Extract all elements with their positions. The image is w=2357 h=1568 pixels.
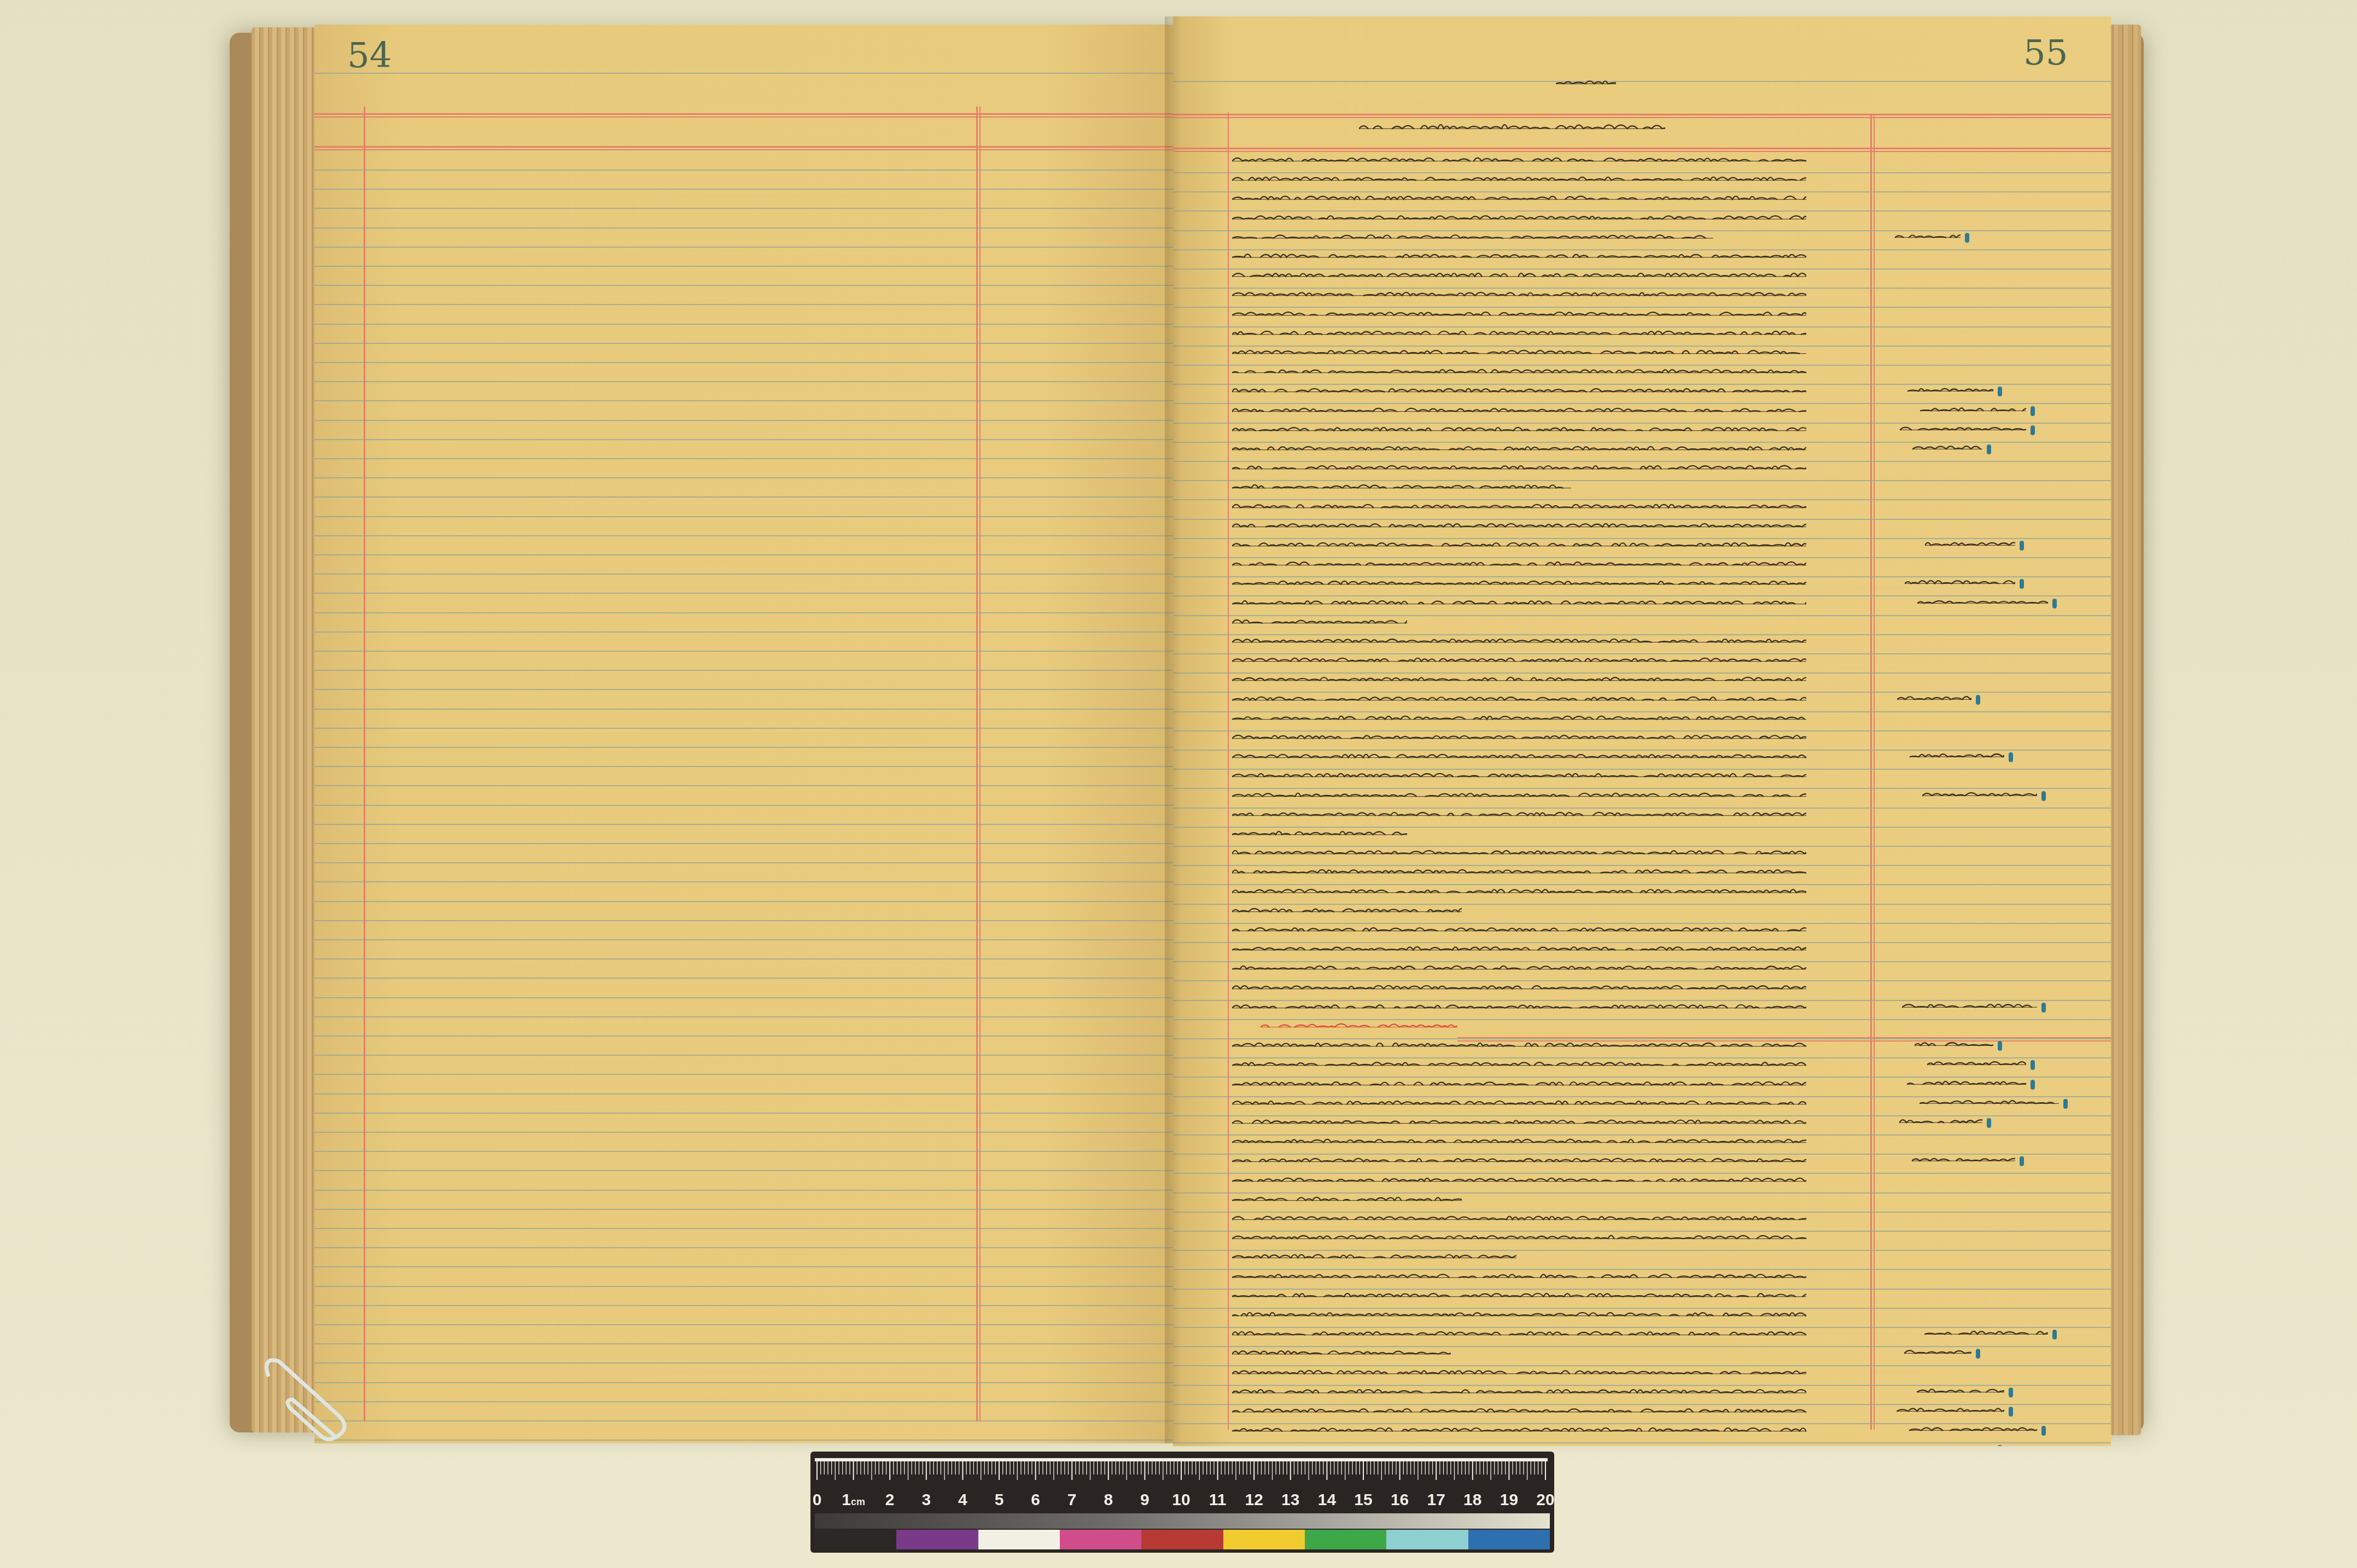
handwritten-line — [1232, 1076, 1806, 1096]
blue-mark-icon — [1976, 695, 1980, 705]
paperclip-icon — [257, 1356, 350, 1446]
handwritten-line — [1232, 172, 1806, 191]
blue-mark-icon — [2020, 1156, 2024, 1166]
handwritten-line — [1232, 1326, 1806, 1346]
handwritten-line — [1232, 460, 1806, 480]
ruler-tick-label: 6 — [1031, 1491, 1040, 1510]
handwritten-line — [1232, 1403, 1806, 1423]
ruled-line — [314, 805, 1173, 806]
ruled-line — [314, 1343, 1173, 1344]
handwritten-line — [1232, 730, 1806, 750]
ruled-line — [314, 324, 1173, 325]
handwritten-line — [1232, 383, 1806, 403]
ruled-line — [314, 247, 1173, 248]
blue-mark-icon — [2031, 425, 2035, 435]
margin-annotation — [1912, 441, 1982, 462]
handwritten-line — [1232, 326, 1806, 346]
ruled-line — [314, 554, 1173, 555]
ruled-line — [314, 709, 1173, 710]
handwritten-line — [1232, 210, 1806, 230]
handwritten-line — [1232, 1038, 1806, 1057]
handwritten-line — [1232, 653, 1806, 672]
blue-mark-icon — [2041, 1003, 2046, 1013]
margin-annotation — [1927, 1057, 2026, 1078]
blue-mark-icon — [2052, 599, 2057, 609]
blue-mark-icon — [2020, 579, 2024, 589]
handwritten-line — [1232, 672, 1806, 692]
gray-scale-strip — [815, 1513, 1550, 1529]
ruled-line — [314, 958, 1173, 959]
ruler-tick-label: 14 — [1318, 1491, 1336, 1510]
handwritten-line — [1232, 1173, 1806, 1192]
ruler-tick-label: 8 — [1104, 1491, 1113, 1510]
margin-annotation — [1899, 1115, 1982, 1136]
left-page-edges — [252, 27, 317, 1432]
blue-mark-icon — [2041, 1426, 2046, 1436]
handwritten-line — [1232, 1134, 1806, 1154]
margin-annotation — [1917, 595, 2048, 616]
margin-annotation — [1907, 1076, 2026, 1097]
ruler-tick-label: 5 — [995, 1491, 1004, 1510]
ruled-line — [314, 535, 1173, 536]
ruled-line — [314, 1016, 1173, 1017]
ruled-line — [314, 189, 1173, 190]
ruled-line — [314, 766, 1173, 767]
color-patch — [1141, 1530, 1223, 1549]
ruled-line — [314, 997, 1173, 998]
handwritten-line — [1232, 499, 1806, 519]
ruled-line — [314, 651, 1173, 652]
handwritten-line — [1232, 518, 1806, 538]
handwritten-line — [1232, 1057, 1806, 1076]
handwritten-line — [1232, 922, 1806, 942]
color-patch — [896, 1530, 978, 1549]
color-patch — [1468, 1530, 1550, 1549]
ruled-line — [314, 381, 1173, 382]
handwritten-line — [1232, 595, 1806, 615]
handwritten-line — [1232, 345, 1806, 365]
ruler-labels: 01cm234567891011121314151617181920 — [810, 1491, 1554, 1513]
ruled-line — [314, 343, 1173, 344]
ruled-line — [314, 400, 1173, 401]
ruler-unit-label: cm — [851, 1496, 865, 1507]
ruled-line — [314, 362, 1173, 363]
ruled-line — [314, 496, 1173, 498]
ruled-line — [314, 1190, 1173, 1191]
ruled-line — [314, 1035, 1173, 1037]
ruler-ticks — [815, 1458, 1548, 1480]
blue-mark-icon — [2031, 406, 2035, 416]
ruler-tick-label: 16 — [1391, 1491, 1409, 1510]
handwritten-line — [1232, 1365, 1806, 1385]
ruled-line — [314, 670, 1173, 671]
right-page-edges — [2108, 25, 2141, 1435]
ruled-line — [314, 227, 1173, 229]
ruler-tick-label: 18 — [1463, 1491, 1481, 1510]
margin-annotation — [1925, 537, 2015, 558]
handwritten-line — [1232, 1211, 1806, 1231]
handwritten-line — [1232, 788, 1806, 808]
ruled-line — [314, 285, 1173, 286]
ruled-line — [314, 689, 1173, 690]
handwritten-line — [1232, 479, 1571, 499]
handwritten-line — [1232, 711, 1806, 730]
handwritten-line — [1232, 884, 1806, 904]
ruler-tick-label: 13 — [1281, 1491, 1299, 1510]
handwritten-line — [1232, 364, 1806, 384]
ruled-line — [314, 824, 1173, 825]
ruled-line — [314, 978, 1173, 979]
handwritten-line — [1232, 1307, 1806, 1327]
ruled-line — [314, 1093, 1173, 1095]
handwritten-line — [1232, 634, 1806, 653]
ruled-line — [314, 458, 1173, 459]
ruler-tick-label: 9 — [1140, 1491, 1150, 1510]
ruled-line — [314, 574, 1173, 575]
ruled-line — [314, 1305, 1173, 1306]
page-number-left: 54 — [347, 36, 392, 76]
ruler-tick-label: 0 — [813, 1491, 822, 1510]
handwritten-line — [1232, 1115, 1806, 1134]
ruler-tick-label: 1cm — [842, 1491, 865, 1510]
ruled-line — [314, 747, 1173, 748]
ruled-line — [314, 1362, 1173, 1364]
handwritten-line — [1232, 1096, 1806, 1115]
color-patch — [978, 1530, 1060, 1549]
handwritten-line — [1232, 1384, 1806, 1404]
margin-annotation — [1902, 999, 2037, 1020]
ruled-line — [314, 1286, 1173, 1287]
ruled-line — [314, 420, 1173, 421]
ruled-line — [314, 939, 1173, 940]
ruled-line — [314, 1401, 1173, 1402]
margin-annotation — [1897, 1403, 2004, 1424]
ruled-line — [314, 728, 1173, 729]
ruled-line — [314, 843, 1173, 844]
margin-annotation — [1900, 422, 2026, 443]
margin-annotation — [1920, 1096, 2059, 1116]
left-ruled-lines — [314, 25, 1173, 1443]
handwritten-line — [1232, 1249, 1516, 1269]
blue-mark-icon — [2009, 1407, 2013, 1417]
handwritten-line — [1232, 749, 1806, 769]
binding-gutter — [1165, 16, 1181, 1443]
margin-annotation — [1924, 1326, 2048, 1347]
ruled-line — [314, 785, 1173, 786]
handwritten-line — [1232, 191, 1806, 210]
ruler-tick-label: 3 — [921, 1491, 931, 1510]
ruled-line — [314, 169, 1173, 171]
handwritten-line — [1232, 249, 1806, 268]
handwritten-line — [1232, 1288, 1806, 1308]
handwritten-line — [1232, 980, 1806, 1000]
ruler-tick-label: 11 — [1209, 1491, 1227, 1510]
handwritten-line — [1232, 845, 1806, 865]
ruler-tick-label: 2 — [885, 1491, 895, 1510]
ruler-tick-label: 20 — [1536, 1491, 1554, 1510]
handwritten-line — [1232, 441, 1806, 461]
handwritten-line — [1232, 1192, 1462, 1212]
margin-annotation — [1915, 1038, 1993, 1058]
handwritten-line — [1232, 557, 1806, 576]
blue-mark-icon — [2052, 1330, 2057, 1339]
handwritten-line — [1232, 826, 1407, 846]
ruled-line — [314, 1324, 1173, 1325]
page-title-handwriting — [1359, 118, 1665, 142]
ruled-line — [314, 439, 1173, 440]
ruler-tick-label: 15 — [1354, 1491, 1372, 1510]
blue-mark-icon — [2031, 1060, 2035, 1070]
blue-mark-icon — [1987, 444, 1991, 454]
margin-annotation — [1895, 230, 1961, 250]
margin-annotation — [1907, 383, 1993, 404]
blue-mark-icon — [2009, 752, 2013, 762]
handwritten-line — [1232, 941, 1806, 961]
ruled-line — [314, 1074, 1173, 1075]
handwritten-line — [1232, 153, 1806, 172]
handwritten-line — [1232, 576, 1806, 595]
handwritten-line — [1232, 768, 1806, 788]
blue-mark-icon — [1976, 1349, 1980, 1359]
ruled-line — [314, 1113, 1173, 1114]
handwritten-line — [1232, 807, 1806, 827]
blue-mark-icon — [2063, 1099, 2068, 1109]
handwritten-line — [1232, 1269, 1806, 1289]
ruler-tick-label: 12 — [1245, 1491, 1263, 1510]
ruled-line — [314, 1420, 1173, 1421]
margin-annotation — [1922, 1442, 1993, 1446]
handwritten-line — [1232, 403, 1806, 423]
handwritten-line — [1232, 615, 1407, 634]
blue-mark-icon — [2031, 1080, 2035, 1090]
ruled-line — [314, 304, 1173, 305]
margin-annotation — [1897, 692, 1971, 712]
ruled-line — [314, 516, 1173, 517]
handwritten-line — [1232, 537, 1806, 557]
ruled-line — [314, 1247, 1173, 1248]
margin-annotation — [1909, 1423, 2037, 1443]
scale-ruler: 01cm234567891011121314151617181920 — [810, 1452, 1554, 1553]
ruled-line — [314, 1055, 1173, 1056]
blue-mark-icon — [1998, 387, 2002, 396]
right-page: 55 — [1173, 16, 2111, 1446]
color-patch — [1386, 1530, 1468, 1549]
blue-mark-icon — [2041, 791, 2046, 801]
page-number-right: 55 — [2023, 33, 2068, 73]
ruled-line — [314, 631, 1173, 633]
ruled-line — [314, 1228, 1173, 1229]
ruled-line — [314, 477, 1173, 478]
handwritten-line — [1232, 961, 1806, 980]
handwritten-line — [1232, 1423, 1806, 1442]
ruled-line — [314, 1382, 1173, 1383]
ruler-tick-label: 17 — [1427, 1491, 1445, 1510]
ruled-line — [314, 208, 1173, 209]
handwritten-line — [1232, 268, 1806, 288]
handwritten-line — [1232, 230, 1713, 249]
margin-annotation — [1917, 1384, 2004, 1405]
ruler-tick-label: 7 — [1067, 1491, 1077, 1510]
handwritten-line — [1232, 903, 1462, 923]
ruled-line — [314, 1132, 1173, 1133]
ruled-line — [314, 612, 1173, 613]
blue-mark-icon — [2020, 541, 2024, 551]
ruled-line — [314, 1440, 1173, 1441]
page-caption-handwriting — [1556, 77, 1616, 94]
ruled-line — [314, 1209, 1173, 1210]
margin-annotation — [1922, 788, 2037, 809]
ruled-line — [314, 920, 1173, 921]
ruler-tick-label: 19 — [1500, 1491, 1518, 1510]
handwritten-line — [1232, 1230, 1806, 1250]
margin-annotation — [1910, 749, 2004, 770]
color-calibration-patches — [815, 1530, 1550, 1549]
ruled-line — [314, 901, 1173, 902]
ruled-line — [314, 881, 1173, 882]
handwritten-line — [1232, 864, 1806, 884]
color-patch — [1223, 1530, 1305, 1549]
blue-mark-icon — [1987, 1118, 1991, 1128]
red-subheading-handwriting — [1261, 1019, 1457, 1040]
blue-mark-icon — [2009, 1388, 2013, 1397]
handwritten-line — [1232, 1345, 1451, 1365]
left-page: 54 — [314, 25, 1173, 1443]
margin-annotation — [1905, 576, 2015, 596]
handwritten-line — [1232, 307, 1806, 326]
ruled-line — [314, 1170, 1173, 1171]
blue-mark-icon — [1998, 1041, 2002, 1051]
handwritten-line — [1232, 422, 1806, 442]
blue-mark-icon — [1998, 1445, 2002, 1446]
handwritten-line — [1232, 287, 1806, 307]
ruled-line — [314, 1266, 1173, 1267]
ruler-tick-label: 4 — [958, 1491, 967, 1510]
color-patch — [1305, 1530, 1386, 1549]
handwritten-line — [1232, 1442, 1806, 1446]
handwritten-line — [1232, 999, 1806, 1019]
blue-mark-icon — [1965, 233, 1969, 243]
margin-annotation — [1912, 1153, 2015, 1174]
handwritten-line — [1232, 692, 1806, 711]
ruled-line — [314, 1151, 1173, 1152]
handwritten-line — [1232, 1153, 1806, 1173]
margin-annotation — [1904, 1345, 1971, 1366]
margin-annotation — [1920, 403, 2026, 424]
color-patch — [1060, 1530, 1141, 1549]
ruled-line — [314, 593, 1173, 594]
ruled-line — [314, 266, 1173, 267]
ruled-line — [314, 862, 1173, 863]
color-patch — [815, 1530, 896, 1549]
ruler-tick-label: 10 — [1172, 1491, 1190, 1510]
